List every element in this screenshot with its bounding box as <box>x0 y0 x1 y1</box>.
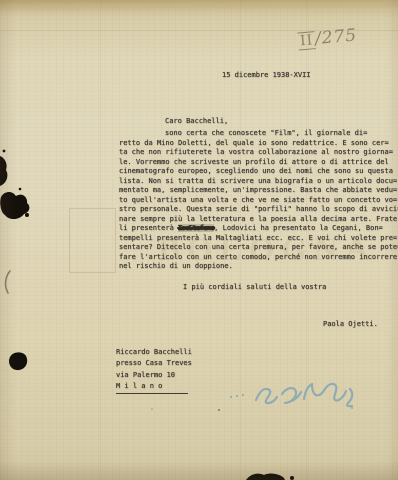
ink-blot <box>0 156 7 186</box>
handwritten-scribble <box>230 384 353 409</box>
pencil-crescent-mark <box>6 271 10 293</box>
ink-speck <box>290 476 294 480</box>
ink-speck <box>19 188 22 191</box>
ink-speck <box>3 150 6 153</box>
ink-blot-group <box>0 150 294 480</box>
ink-blot <box>9 352 27 370</box>
letter-paper: BOLOGNA II/275 15 dicembre 1938-XVII Car… <box>0 0 398 480</box>
stains-and-marks-layer <box>0 0 398 480</box>
ink-blot <box>246 474 285 480</box>
ink-speck <box>25 213 29 217</box>
dust-speck <box>218 409 220 411</box>
dust-speck <box>151 408 153 410</box>
